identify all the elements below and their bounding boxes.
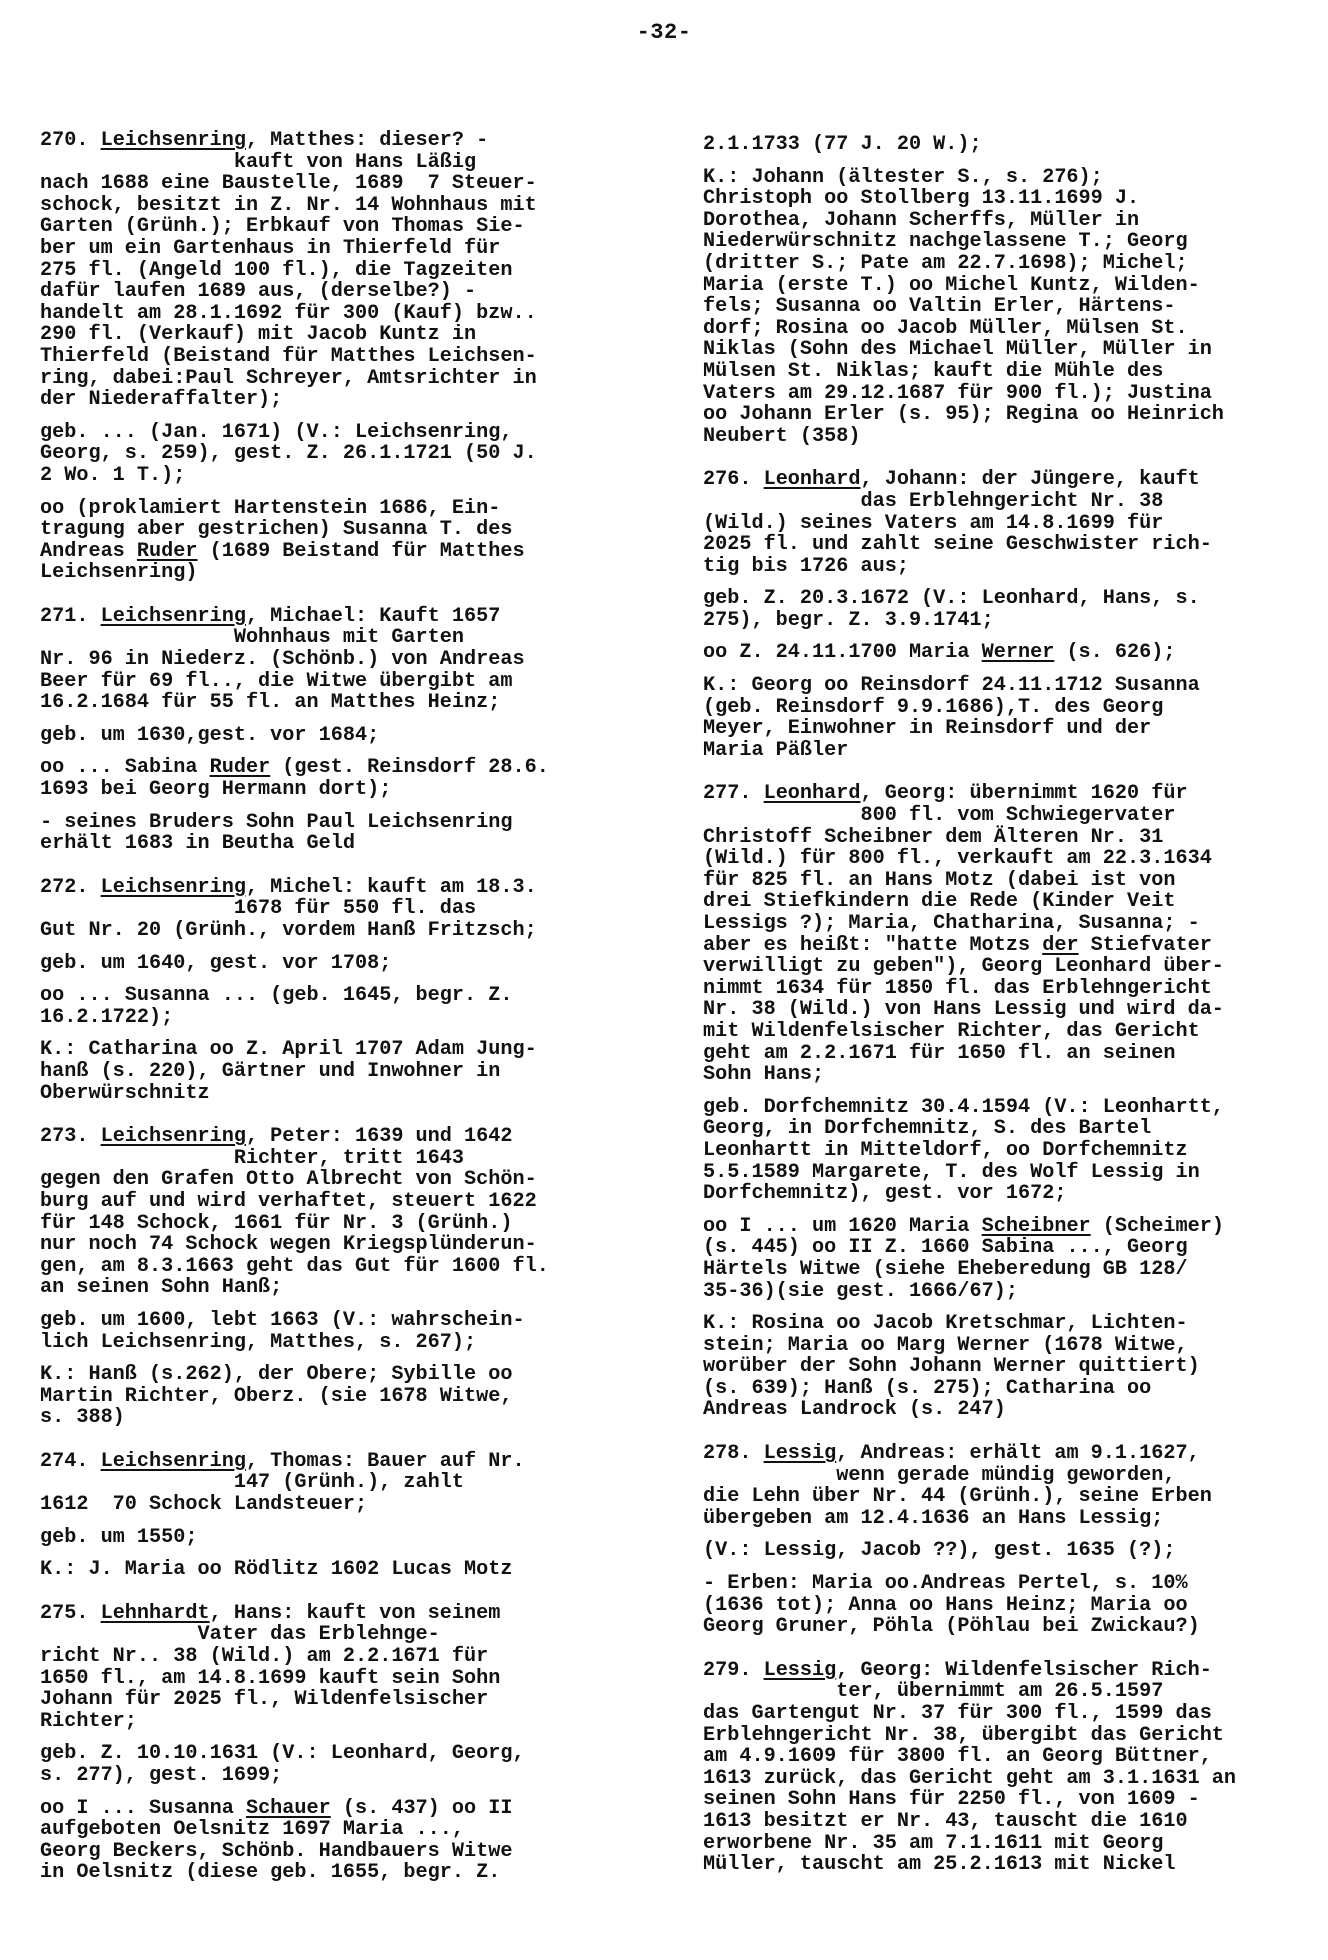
text-line: für 148 Schock, 1661 für Nr. 3 (Grünh.) <box>40 1213 660 1235</box>
text-segment: aufgeboten Oelsnitz 1697 Maria ..., <box>40 1818 464 1841</box>
text-segment: handelt am 28.1.1692 für 300 (Kauf) bzw.… <box>40 302 537 325</box>
text-segment: 1650 fl., am 14.8.1699 kauft sein Sohn <box>40 1667 500 1690</box>
text-segment: der Niederaffalter); <box>40 388 282 411</box>
text-segment: oo (proklamiert Hartenstein 1686, Ein- <box>40 497 500 520</box>
text-segment: an seinen Sohn Hanß; <box>40 1276 282 1299</box>
text-segment: Andreas <box>40 540 137 563</box>
text-segment: ter, übernimmt am 26.5.1597 <box>703 1680 1163 1703</box>
text-line: K.: Johann (ältester S., s. 276); <box>703 167 1323 189</box>
text-segment: (dritter S.; Pate am 22.7.1698); Michel; <box>703 252 1188 275</box>
text-segment: wenn gerade mündig geworden, <box>703 1464 1175 1487</box>
text-segment: geht am 2.2.1671 für 1650 fl. an seinen <box>703 1042 1175 1065</box>
text-segment: oo Z. 24.11.1700 Maria <box>703 641 982 664</box>
text-line: handelt am 28.1.1692 für 300 (Kauf) bzw.… <box>40 303 660 325</box>
text-segment: geb. Z. 10.10.1631 (V.: Leonhard, Georg, <box>40 1742 525 1765</box>
text-segment: 2 Wo. 1 T.); <box>40 464 185 487</box>
text-line: Erblehngericht Nr. 38, übergibt das Geri… <box>703 1725 1323 1747</box>
text-line: 16.2.1684 für 55 fl. an Matthes Heinz; <box>40 692 660 714</box>
text-segment: 275), begr. Z. 3.9.1741; <box>703 609 994 632</box>
text-line: (Wild.) seines Vaters am 14.8.1699 für <box>703 513 1323 535</box>
text-line: 1612 70 Schock Landsteuer; <box>40 1494 660 1516</box>
text-line: Meyer, Einwohner in Reinsdorf und der <box>703 718 1323 740</box>
text-segment: dorf; Rosina oo Jacob Müller, Mülsen St. <box>703 317 1188 340</box>
text-segment: Dorothea, Johann Scherffs, Müller in <box>703 209 1139 232</box>
entry-paragraph: 276. Leonhard, Johann: der Jüngere, kauf… <box>703 469 1323 577</box>
text-segment: Vaters am 29.12.1687 für 900 fl.); Justi… <box>703 382 1212 405</box>
underlined-surname: Leichsenring <box>101 876 246 899</box>
text-line: für 825 fl. an Hans Motz (dabei ist von <box>703 870 1323 892</box>
text-line: s. 388) <box>40 1407 660 1429</box>
text-segment: das Erblehngericht Nr. 38 <box>703 490 1163 513</box>
text-line: Neubert (358) <box>703 426 1323 448</box>
entry-paragraph: geb. um 1630,gest. vor 1684; <box>40 725 660 747</box>
text-segment: worüber der Sohn Johann Werner quittiert… <box>703 1355 1200 1378</box>
text-line: 2025 fl. und zahlt seine Geschwister ric… <box>703 534 1323 556</box>
text-segment: schock, besitzt in Z. Nr. 14 Wohnhaus mi… <box>40 194 537 217</box>
text-segment: geb. Dorfchemnitz 30.4.1594 (V.: Leonhar… <box>703 1096 1224 1119</box>
text-line: 35-36)(sie gest. 1666/67); <box>703 1281 1323 1303</box>
text-segment: Gut Nr. 20 (Grünh., vordem Hanß Fritzsch… <box>40 919 537 942</box>
text-line: fels; Susanna oo Valtin Erler, Härtens- <box>703 296 1323 318</box>
entry-paragraph: 278. Lessig, Andreas: erhält am 9.1.1627… <box>703 1443 1323 1529</box>
text-segment: Dorfchemnitz), gest. vor 1672; <box>703 1182 1066 1205</box>
text-line: 275 fl. (Angeld 100 fl.), die Tagzeiten <box>40 260 660 282</box>
text-segment: 275 fl. (Angeld 100 fl.), die Tagzeiten <box>40 259 512 282</box>
text-segment: tragung aber gestrichen) Susanna T. des <box>40 518 512 541</box>
text-segment: 274. <box>40 1450 101 1473</box>
text-line: Niederwürschnitz nachgelassene T.; Georg <box>703 231 1323 253</box>
text-line: oo Johann Erler (s. 95); Regina oo Heinr… <box>703 404 1323 426</box>
text-segment: kauft von Hans Läßig <box>40 151 476 174</box>
text-line: ber um ein Gartenhaus in Thierfeld für <box>40 238 660 260</box>
text-segment: Meyer, Einwohner in Reinsdorf und der <box>703 717 1151 740</box>
register-entry-274: 274. Leichsenring, Thomas: Bauer auf Nr.… <box>40 1451 660 1581</box>
text-segment: (1689 Beistand für Matthes <box>198 540 525 563</box>
text-segment: 1693 bei Georg Hermann dort); <box>40 778 391 801</box>
text-line: Georg, in Dorfchemnitz, S. des Bartel <box>703 1118 1323 1140</box>
text-segment: Niklas (Sohn des Michael Müller, Müller … <box>703 338 1212 361</box>
text-line: 273. Leichsenring, Peter: 1639 und 1642 <box>40 1126 660 1148</box>
text-line: (1636 tot); Anna oo Hans Heinz; Maria oo <box>703 1595 1323 1617</box>
register-entry-277: 277. Leonhard, Georg: übernimmt 1620 für… <box>703 783 1323 1421</box>
text-line: gegen den Grafen Otto Albrecht von Schön… <box>40 1169 660 1191</box>
text-line: kauft von Hans Läßig <box>40 152 660 174</box>
text-segment: seinen Sohn Hans für 2250 fl., von 1609 … <box>703 1788 1200 1811</box>
underlined-surname: Leonhard <box>764 782 861 805</box>
text-line: Nr. 96 in Niederz. (Schönb.) von Andreas <box>40 649 660 671</box>
text-segment: ring, dabei:Paul Schreyer, Amtsrichter i… <box>40 367 537 390</box>
text-line: oo I ... um 1620 Maria Scheibner (Scheim… <box>703 1216 1323 1238</box>
text-segment: - Erben: Maria oo.Andreas Pertel, s. 10% <box>703 1572 1188 1595</box>
text-segment: , Matthes: dieser? - <box>246 129 488 152</box>
text-segment: (s. 639); Hanß (s. 275); Catharina oo <box>703 1377 1151 1400</box>
text-segment: 278. <box>703 1442 764 1465</box>
text-segment: das Gartengut Nr. 37 für 300 fl., 1599 d… <box>703 1702 1212 1725</box>
text-segment: , Michel: kauft am 18.3. <box>246 876 537 899</box>
text-segment: - seines Bruders Sohn Paul Leichsenring <box>40 811 512 834</box>
text-segment: Richter, tritt 1643 <box>40 1147 464 1170</box>
text-segment: geb. um 1600, lebt 1663 (V.: wahrschein- <box>40 1309 525 1332</box>
text-segment: s. 388) <box>40 1406 125 1429</box>
text-segment: ber um ein Gartenhaus in Thierfeld für <box>40 237 500 260</box>
text-line: nur noch 74 Schock wegen Kriegsplünderun… <box>40 1234 660 1256</box>
entry-paragraph: - Erben: Maria oo.Andreas Pertel, s. 10%… <box>703 1573 1323 1638</box>
text-segment: nur noch 74 Schock wegen Kriegsplünderun… <box>40 1233 537 1256</box>
entry-paragraph: 277. Leonhard, Georg: übernimmt 1620 für… <box>703 783 1323 1085</box>
text-segment: aber es heißt: "hatte Motzs <box>703 934 1042 957</box>
text-segment: Georg Beckers, Schönb. Handbauers Witwe <box>40 1840 512 1863</box>
text-line: 279. Lessig, Georg: Wildenfelsischer Ric… <box>703 1660 1323 1682</box>
text-segment: Wohnhaus mit Garten <box>40 626 464 649</box>
text-segment: erhält 1683 in Beutha Geld <box>40 832 355 855</box>
text-line: Lessigs ?); Maria, Chatharina, Susanna; … <box>703 913 1323 935</box>
text-line: wenn gerade mündig geworden, <box>703 1465 1323 1487</box>
text-segment: geb. um 1640, gest. vor 1708; <box>40 952 391 975</box>
text-line: Maria (erste T.) oo Michel Kuntz, Wilden… <box>703 275 1323 297</box>
text-segment: (s. 445) oo II Z. 1660 Sabina ..., Georg <box>703 1236 1188 1259</box>
text-line: drei Stiefkindern die Rede (Kinder Veit <box>703 891 1323 913</box>
text-line: 290 fl. (Verkauf) mit Jacob Kuntz in <box>40 324 660 346</box>
text-line: geht am 2.2.1671 für 1650 fl. an seinen <box>703 1043 1323 1065</box>
text-segment: 16.2.1684 für 55 fl. an Matthes Heinz; <box>40 691 500 714</box>
text-line: 278. Lessig, Andreas: erhält am 9.1.1627… <box>703 1443 1323 1465</box>
text-line: - Erben: Maria oo.Andreas Pertel, s. 10% <box>703 1573 1323 1595</box>
text-line: - seines Bruders Sohn Paul Leichsenring <box>40 812 660 834</box>
text-line: Richter; <box>40 1711 660 1733</box>
text-segment: oo ... Sabina <box>40 756 210 779</box>
entry-paragraph: oo Z. 24.11.1700 Maria Werner (s. 626); <box>703 642 1323 664</box>
text-segment: 800 fl. vom Schwiegervater <box>703 804 1175 827</box>
text-line: Wohnhaus mit Garten <box>40 627 660 649</box>
text-line: 275. Lehnhardt, Hans: kauft von seinem <box>40 1603 660 1625</box>
text-segment: fels; Susanna oo Valtin Erler, Härtens- <box>703 295 1175 318</box>
text-line: 271. Leichsenring, Michael: Kauft 1657 <box>40 606 660 628</box>
text-line: 16.2.1722); <box>40 1007 660 1029</box>
text-line: 1678 für 550 fl. das <box>40 898 660 920</box>
text-segment: K.: Hanß (s.262), der Obere; Sybille oo <box>40 1363 512 1386</box>
text-line: K.: Catharina oo Z. April 1707 Adam Jung… <box>40 1039 660 1061</box>
text-line: 1613 besitzt er Nr. 43, tauscht die 1610 <box>703 1811 1323 1833</box>
text-line: 1613 zurück, das Gericht geht am 3.1.163… <box>703 1768 1323 1790</box>
text-line: worüber der Sohn Johann Werner quittiert… <box>703 1356 1323 1378</box>
text-line: (s. 445) oo II Z. 1660 Sabina ..., Georg <box>703 1237 1323 1259</box>
text-line: Gut Nr. 20 (Grünh., vordem Hanß Fritzsch… <box>40 920 660 942</box>
text-line: 276. Leonhard, Johann: der Jüngere, kauf… <box>703 469 1323 491</box>
text-segment: in Oelsnitz (diese geb. 1655, begr. Z. <box>40 1861 500 1884</box>
entry-paragraph: geb. um 1640, gest. vor 1708; <box>40 953 660 975</box>
text-line: am 4.9.1609 für 3800 fl. an Georg Büttne… <box>703 1746 1323 1768</box>
text-line: Andreas Landrock (s. 247) <box>703 1399 1323 1421</box>
text-line: der Niederaffalter); <box>40 389 660 411</box>
text-segment: Martin Richter, Oberz. (sie 1678 Witwe, <box>40 1385 512 1408</box>
underlined-surname: Scheibner <box>982 1215 1091 1238</box>
text-line: Georg Gruner, Pöhla (Pöhlau bei Zwickau?… <box>703 1616 1323 1638</box>
text-line: oo ... Susanna ... (geb. 1645, begr. Z. <box>40 985 660 1007</box>
underlined-surname: Lehnhardt <box>101 1602 210 1625</box>
text-line: an seinen Sohn Hanß; <box>40 1277 660 1299</box>
text-segment: Oberwürschnitz <box>40 1082 210 1105</box>
entry-paragraph: oo ... Susanna ... (geb. 1645, begr. Z.1… <box>40 985 660 1028</box>
register-entry-273: 273. Leichsenring, Peter: 1639 und 1642 … <box>40 1126 660 1429</box>
text-segment: erworbene Nr. 35 am 7.1.1611 mit Georg <box>703 1832 1163 1855</box>
text-segment: Mülsen St. Niklas; kauft die Mühle des <box>703 360 1163 383</box>
entry-paragraph: 274. Leichsenring, Thomas: Bauer auf Nr.… <box>40 1451 660 1516</box>
text-segment: Erblehngericht Nr. 38, übergibt das Geri… <box>703 1724 1224 1747</box>
text-segment: 273. <box>40 1125 101 1148</box>
text-segment: (Wild.) für 800 fl., verkauft am 22.3.16… <box>703 847 1212 870</box>
text-line: übergeben am 12.4.1636 an Hans Lessig; <box>703 1508 1323 1530</box>
text-segment: K.: J. Maria oo Rödlitz 1602 Lucas Motz <box>40 1558 512 1581</box>
text-segment: hanß (s. 220), Gärtner und Inwohner in <box>40 1060 500 1083</box>
text-line: Oberwürschnitz <box>40 1083 660 1105</box>
text-segment: lich Leichsenring, Matthes, s. 267); <box>40 1331 476 1354</box>
text-line: Leichsenring) <box>40 562 660 584</box>
right-column: 2.1.1733 (77 J. 20 W.);K.: Johann (ältes… <box>703 134 1323 1898</box>
text-line: in Oelsnitz (diese geb. 1655, begr. Z. <box>40 1862 660 1884</box>
underlined-surname: Leichsenring <box>101 605 246 628</box>
text-line: geb. Z. 10.10.1631 (V.: Leonhard, Georg, <box>40 1743 660 1765</box>
text-line: 2 Wo. 1 T.); <box>40 465 660 487</box>
text-segment: Georg Gruner, Pöhla (Pöhlau bei Zwickau?… <box>703 1615 1200 1638</box>
text-line: 5.5.1589 Margarete, T. des Wolf Lessig i… <box>703 1162 1323 1184</box>
text-segment: stein; Maria oo Marg Werner (1678 Witwe, <box>703 1334 1188 1357</box>
text-segment: am 4.9.1609 für 3800 fl. an Georg Büttne… <box>703 1745 1212 1768</box>
text-line: (geb. Reinsdorf 9.9.1686),T. des Georg <box>703 697 1323 719</box>
entry-paragraph: 279. Lessig, Georg: Wildenfelsischer Ric… <box>703 1660 1323 1876</box>
register-entry-275-cont: 2.1.1733 (77 J. 20 W.);K.: Johann (ältes… <box>703 134 1323 447</box>
text-segment: Thierfeld (Beistand für Matthes Leichsen… <box>40 345 537 368</box>
text-line: 1650 fl., am 14.8.1699 kauft sein Sohn <box>40 1668 660 1690</box>
text-line: (s. 639); Hanß (s. 275); Catharina oo <box>703 1378 1323 1400</box>
text-line: ter, übernimmt am 26.5.1597 <box>703 1681 1323 1703</box>
text-segment: (V.: Lessig, Jacob ??), gest. 1635 (?); <box>703 1539 1175 1562</box>
text-line: oo Z. 24.11.1700 Maria Werner (s. 626); <box>703 642 1323 664</box>
text-segment: Nr. 38 (Wild.) von Hans Lessig und wird … <box>703 998 1224 1021</box>
text-line: 272. Leichsenring, Michel: kauft am 18.3… <box>40 877 660 899</box>
text-segment: Nr. 96 in Niederz. (Schönb.) von Andreas <box>40 648 525 671</box>
text-line: Georg Beckers, Schönb. Handbauers Witwe <box>40 1841 660 1863</box>
text-segment: gegen den Grafen Otto Albrecht von Schön… <box>40 1168 537 1191</box>
text-line: 274. Leichsenring, Thomas: Bauer auf Nr. <box>40 1451 660 1473</box>
text-segment: dafür laufen 1689 aus, (derselbe?) - <box>40 280 476 303</box>
text-segment: tig bis 1726 aus; <box>703 555 909 578</box>
register-entry-271: 271. Leichsenring, Michael: Kauft 1657 W… <box>40 606 660 855</box>
entry-paragraph: oo I ... Susanna Schauer (s. 437) oo IIa… <box>40 1798 660 1884</box>
text-line: tig bis 1726 aus; <box>703 556 1323 578</box>
text-line: geb. ... (Jan. 1671) (V.: Leichsenring, <box>40 422 660 444</box>
text-segment: K.: Rosina oo Jacob Kretschmar, Lichten- <box>703 1312 1188 1335</box>
text-segment: (geb. Reinsdorf 9.9.1686),T. des Georg <box>703 696 1163 719</box>
text-line: geb. um 1640, gest. vor 1708; <box>40 953 660 975</box>
text-line: K.: Hanß (s.262), der Obere; Sybille oo <box>40 1364 660 1386</box>
text-line: verwilligt zu geben"), Georg Leonhard üb… <box>703 956 1323 978</box>
underlined-surname: Werner <box>982 641 1055 664</box>
text-segment: richt Nr.. 38 (Wild.) am 2.2.1671 für <box>40 1645 488 1668</box>
text-line: schock, besitzt in Z. Nr. 14 Wohnhaus mi… <box>40 195 660 217</box>
text-line: geb. Dorfchemnitz 30.4.1594 (V.: Leonhar… <box>703 1097 1323 1119</box>
text-line: oo I ... Susanna Schauer (s. 437) oo II <box>40 1798 660 1820</box>
text-segment: 290 fl. (Verkauf) mit Jacob Kuntz in <box>40 323 476 346</box>
text-line: geb. um 1600, lebt 1663 (V.: wahrschein- <box>40 1310 660 1332</box>
text-segment: geb. Z. 20.3.1672 (V.: Leonhard, Hans, s… <box>703 587 1200 610</box>
text-segment: 272. <box>40 876 101 899</box>
text-line: 275), begr. Z. 3.9.1741; <box>703 610 1323 632</box>
text-line: Johann für 2025 fl., Wildenfelsischer <box>40 1689 660 1711</box>
text-segment: Vater das Erblehnge- <box>40 1623 440 1646</box>
entry-paragraph: geb. um 1600, lebt 1663 (V.: wahrschein-… <box>40 1310 660 1353</box>
text-segment: K.: Johann (ältester S., s. 276); <box>703 166 1103 189</box>
text-line: hanß (s. 220), Gärtner und Inwohner in <box>40 1061 660 1083</box>
text-line: geb. um 1550; <box>40 1527 660 1549</box>
text-segment: K.: Georg oo Reinsdorf 24.11.1712 Susann… <box>703 674 1200 697</box>
text-segment: Maria Päßler <box>703 739 848 762</box>
text-segment: geb. um 1550; <box>40 1526 198 1549</box>
text-line: Härtels Witwe (siehe Eheberedung GB 128/ <box>703 1259 1323 1281</box>
text-segment: Andreas Landrock (s. 247) <box>703 1398 1006 1421</box>
text-segment: oo Johann Erler (s. 95); Regina oo Heinr… <box>703 403 1224 426</box>
text-line: Sohn Hans; <box>703 1064 1323 1086</box>
text-segment: 1612 70 Schock Landsteuer; <box>40 1493 367 1516</box>
text-line: Garten (Grünh.); Erbkauf von Thomas Sie- <box>40 216 660 238</box>
text-segment: (gest. Reinsdorf 28.6. <box>270 756 549 779</box>
text-segment: , Hans: kauft von seinem <box>210 1602 501 1625</box>
text-line: Müller, tauscht am 25.2.1613 mit Nickel <box>703 1854 1323 1876</box>
text-line: 1693 bei Georg Hermann dort); <box>40 779 660 801</box>
text-line: dorf; Rosina oo Jacob Müller, Mülsen St. <box>703 318 1323 340</box>
text-segment: 35-36)(sie gest. 1666/67); <box>703 1280 1018 1303</box>
underlined-surname: Leichsenring <box>101 1125 246 1148</box>
register-entry-279: 279. Lessig, Georg: Wildenfelsischer Ric… <box>703 1660 1323 1876</box>
page-number: -32- <box>0 22 1328 44</box>
entry-paragraph: 271. Leichsenring, Michael: Kauft 1657 W… <box>40 606 660 714</box>
entry-paragraph: K.: J. Maria oo Rödlitz 1602 Lucas Motz <box>40 1559 660 1581</box>
text-segment: die Lehn über Nr. 44 (Grünh.), seine Erb… <box>703 1485 1212 1508</box>
text-segment: (Wild.) seines Vaters am 14.8.1699 für <box>703 512 1163 535</box>
text-line: 277. Leonhard, Georg: übernimmt 1620 für <box>703 783 1323 805</box>
text-segment: , Johann: der Jüngere, kauft <box>861 468 1200 491</box>
text-line: lich Leichsenring, Matthes, s. 267); <box>40 1332 660 1354</box>
text-line: geb. um 1630,gest. vor 1684; <box>40 725 660 747</box>
text-line: burg auf und wird verhaftet, steuert 162… <box>40 1191 660 1213</box>
text-segment: mit Wildenfelsischer Richter, das Gerich… <box>703 1020 1200 1043</box>
entry-paragraph: 273. Leichsenring, Peter: 1639 und 1642 … <box>40 1126 660 1299</box>
underlined-surname: Schauer <box>246 1797 331 1820</box>
text-line: richt Nr.. 38 (Wild.) am 2.2.1671 für <box>40 1646 660 1668</box>
text-line: Martin Richter, Oberz. (sie 1678 Witwe, <box>40 1386 660 1408</box>
text-segment: 279. <box>703 1659 764 1682</box>
text-line: Niklas (Sohn des Michael Müller, Müller … <box>703 339 1323 361</box>
text-line: oo ... Sabina Ruder (gest. Reinsdorf 28.… <box>40 757 660 779</box>
entry-paragraph: geb. Dorfchemnitz 30.4.1594 (V.: Leonhar… <box>703 1097 1323 1205</box>
text-segment: verwilligt zu geben"), Georg Leonhard üb… <box>703 955 1224 978</box>
text-segment: 271. <box>40 605 101 628</box>
text-line: ring, dabei:Paul Schreyer, Amtsrichter i… <box>40 368 660 390</box>
entry-paragraph: geb. Z. 10.10.1631 (V.: Leonhard, Georg,… <box>40 1743 660 1786</box>
underlined-surname: Ruder <box>210 756 271 779</box>
entry-paragraph: geb. ... (Jan. 1671) (V.: Leichsenring,G… <box>40 422 660 487</box>
entry-paragraph: - seines Bruders Sohn Paul Leichsenringe… <box>40 812 660 855</box>
text-line: K.: Georg oo Reinsdorf 24.11.1712 Susann… <box>703 675 1323 697</box>
underlined-surname: Lessig <box>764 1659 837 1682</box>
text-line: Mülsen St. Niklas; kauft die Mühle des <box>703 361 1323 383</box>
underlined-surname: Leonhard <box>764 468 861 491</box>
text-line: (Wild.) für 800 fl., verkauft am 22.3.16… <box>703 848 1323 870</box>
text-segment: geb. um 1630,gest. vor 1684; <box>40 724 379 747</box>
text-segment: 1613 besitzt er Nr. 43, tauscht die 1610 <box>703 1810 1188 1833</box>
text-line: seinen Sohn Hans für 2250 fl., von 1609 … <box>703 1789 1323 1811</box>
text-segment: 5.5.1589 Margarete, T. des Wolf Lessig i… <box>703 1161 1200 1184</box>
text-line: Vater das Erblehnge- <box>40 1624 660 1646</box>
entry-paragraph: oo (proklamiert Hartenstein 1686, Ein-tr… <box>40 498 660 584</box>
text-segment: Richter; <box>40 1710 137 1733</box>
text-line: Nr. 38 (Wild.) von Hans Lessig und wird … <box>703 999 1323 1021</box>
text-segment: Christoff Scheibner dem Älteren Nr. 31 <box>703 826 1163 849</box>
text-line: aufgeboten Oelsnitz 1697 Maria ..., <box>40 1819 660 1841</box>
text-segment: 147 (Grünh.), zahlt <box>40 1471 464 1494</box>
text-line: gen, am 8.3.1663 geht das Gut für 1600 f… <box>40 1256 660 1278</box>
text-line: aber es heißt: "hatte Motzs der Stiefvat… <box>703 935 1323 957</box>
text-segment: oo ... Susanna ... (geb. 1645, begr. Z. <box>40 984 512 1007</box>
entry-paragraph: K.: Rosina oo Jacob Kretschmar, Lichten-… <box>703 1313 1323 1421</box>
text-segment: Müller, tauscht am 25.2.1613 mit Nickel <box>703 1853 1175 1876</box>
text-line: Thierfeld (Beistand für Matthes Leichsen… <box>40 346 660 368</box>
entry-paragraph: oo I ... um 1620 Maria Scheibner (Scheim… <box>703 1216 1323 1302</box>
text-line: (dritter S.; Pate am 22.7.1698); Michel; <box>703 253 1323 275</box>
text-segment: 277. <box>703 782 764 805</box>
text-segment: Christoph oo Stollberg 13.11.1699 J. <box>703 187 1139 210</box>
text-segment: burg auf und wird verhaftet, steuert 162… <box>40 1190 537 1213</box>
left-column: 270. Leichsenring, Matthes: dieser? - ka… <box>40 130 660 1906</box>
text-line: nach 1688 eine Baustelle, 1689 7 Steuer- <box>40 173 660 195</box>
text-segment: 2.1.1733 (77 J. 20 W.); <box>703 133 982 156</box>
text-segment: oo I ... Susanna <box>40 1797 246 1820</box>
text-segment: 276. <box>703 468 764 491</box>
text-line: (V.: Lessig, Jacob ??), gest. 1635 (?); <box>703 1540 1323 1562</box>
text-line: Christoff Scheibner dem Älteren Nr. 31 <box>703 827 1323 849</box>
register-entry-275: 275. Lehnhardt, Hans: kauft von seinem V… <box>40 1603 660 1884</box>
register-entry-278: 278. Lessig, Andreas: erhält am 9.1.1627… <box>703 1443 1323 1638</box>
text-segment: , Peter: 1639 und 1642 <box>246 1125 513 1148</box>
text-line: Dorothea, Johann Scherffs, Müller in <box>703 210 1323 232</box>
entry-paragraph: geb. um 1550; <box>40 1527 660 1549</box>
text-segment: für 148 Schock, 1661 für Nr. 3 (Grünh.) <box>40 1212 512 1235</box>
entry-paragraph: oo ... Sabina Ruder (gest. Reinsdorf 28.… <box>40 757 660 800</box>
text-line: tragung aber gestrichen) Susanna T. des <box>40 519 660 541</box>
text-segment: 270. <box>40 129 101 152</box>
text-segment: 1678 für 550 fl. das <box>40 897 476 920</box>
text-segment: (s. 437) oo II <box>331 1797 513 1820</box>
text-segment: Leichsenring) <box>40 561 198 584</box>
text-segment: 2025 fl. und zahlt seine Geschwister ric… <box>703 533 1212 556</box>
text-line: 270. Leichsenring, Matthes: dieser? - <box>40 130 660 152</box>
text-line: Leonhartt in Mitteldorf, oo Dorfchemnitz <box>703 1140 1323 1162</box>
register-entry-276: 276. Leonhard, Johann: der Jüngere, kauf… <box>703 469 1323 761</box>
text-segment: oo I ... um 1620 Maria <box>703 1215 982 1238</box>
register-entry-272: 272. Leichsenring, Michel: kauft am 18.3… <box>40 877 660 1104</box>
text-segment: , Thomas: Bauer auf Nr. <box>246 1450 525 1473</box>
text-segment: Maria (erste T.) oo Michel Kuntz, Wilden… <box>703 274 1200 297</box>
text-segment: geb. ... (Jan. 1671) (V.: Leichsenring, <box>40 421 512 444</box>
text-line: Christoph oo Stollberg 13.11.1699 J. <box>703 188 1323 210</box>
text-segment: , Georg: übernimmt 1620 für <box>861 782 1188 805</box>
text-line: geb. Z. 20.3.1672 (V.: Leonhard, Hans, s… <box>703 588 1323 610</box>
text-segment: 275. <box>40 1602 101 1625</box>
text-segment: für 825 fl. an Hans Motz (dabei ist von <box>703 869 1175 892</box>
text-segment: Lessigs ?); Maria, Chatharina, Susanna; … <box>703 912 1200 935</box>
text-segment: Stiefvater <box>1079 934 1212 957</box>
text-line: Andreas Ruder (1689 Beistand für Matthes <box>40 541 660 563</box>
text-line: das Erblehngericht Nr. 38 <box>703 491 1323 513</box>
